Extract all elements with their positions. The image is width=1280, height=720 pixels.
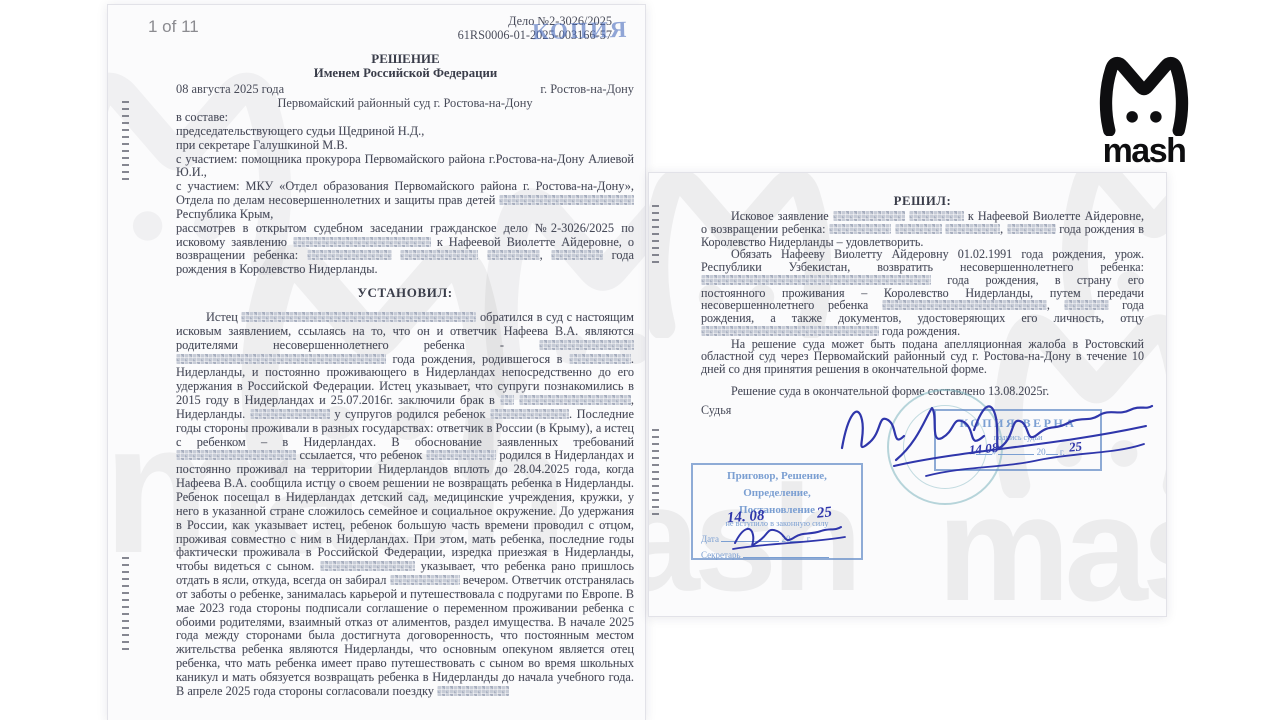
redacted-text bbox=[307, 250, 392, 260]
section-heading-reshil: РЕШИЛ: bbox=[701, 194, 1144, 209]
decision-place: г. Ростов-на-Дону bbox=[540, 82, 634, 97]
handwritten-date: 14 08 bbox=[968, 440, 999, 458]
judge-signature bbox=[834, 386, 1164, 486]
redacted-text bbox=[437, 686, 509, 696]
redacted-text bbox=[895, 224, 942, 234]
redacted-text bbox=[833, 211, 905, 221]
redacted-text bbox=[551, 250, 603, 260]
redacted-text bbox=[500, 395, 514, 405]
redacted-text bbox=[701, 326, 879, 336]
redacted-text bbox=[490, 409, 569, 419]
court-name: Первомайский районный суд г. Ростова-на-… bbox=[176, 96, 634, 111]
document-viewer: mash 1 of 11 Дело №2-3026/2025 61RS0006-… bbox=[0, 0, 1280, 720]
page-indicator: 1 of 11 bbox=[148, 17, 199, 37]
document-subtitle: Именем Российской Федерации bbox=[176, 66, 635, 81]
intro-paragraphs: в составе:председательствующего судьи Ще… bbox=[176, 111, 634, 277]
redacted-text bbox=[519, 395, 631, 405]
handwritten-year: 25 bbox=[816, 504, 833, 522]
mash-logo: mash bbox=[1090, 52, 1198, 166]
stamp-line: Постановление bbox=[693, 504, 861, 516]
document-page-1: mash 1 of 11 Дело №2-3026/2025 61RS0006-… bbox=[107, 4, 646, 720]
redacted-text bbox=[1007, 224, 1056, 234]
section-heading-ustanovil: УСТАНОВИЛ: bbox=[176, 285, 634, 301]
date-place-line: 08 августа 2025 года г. Ростов-на-Дону bbox=[176, 82, 634, 97]
redacted-text bbox=[293, 237, 431, 247]
copy-stamp-text: КОПИЯ bbox=[531, 23, 628, 39]
redacted-text bbox=[829, 224, 891, 234]
binding-marks bbox=[652, 429, 659, 517]
mash-logo-icon bbox=[1094, 52, 1194, 136]
redacted-text bbox=[250, 409, 330, 419]
redacted-text bbox=[539, 340, 634, 350]
judge-label: Судья bbox=[701, 403, 731, 418]
redacted-text bbox=[569, 354, 631, 364]
handwritten-date: 14. 08 bbox=[726, 508, 765, 528]
decision-date: 08 августа 2025 года bbox=[176, 82, 284, 97]
redacted-text bbox=[320, 561, 415, 571]
redacted-text bbox=[390, 575, 460, 585]
redacted-text bbox=[241, 312, 476, 322]
binding-marks bbox=[122, 557, 129, 653]
case-header: Дело №2-3026/2025 61RS0006-01-2025-00316… bbox=[458, 15, 612, 42]
document-title: РЕШЕНИЕ bbox=[176, 52, 635, 66]
redacted-text bbox=[882, 300, 1047, 310]
redacted-text bbox=[945, 224, 1000, 234]
binding-marks bbox=[122, 101, 129, 181]
redacted-text bbox=[701, 275, 931, 285]
stamp-line: Определение, bbox=[693, 487, 861, 499]
redacted-text bbox=[426, 450, 496, 460]
redacted-text bbox=[487, 250, 540, 260]
redacted-text bbox=[176, 450, 296, 460]
redacted-text bbox=[909, 211, 964, 221]
binding-marks bbox=[652, 205, 659, 267]
mash-logo-wordmark: mash bbox=[1090, 136, 1198, 166]
redacted-text bbox=[1064, 300, 1109, 310]
document-page-2: mash mash РЕШИЛ: Исковое заявление к Наф… bbox=[648, 172, 1167, 617]
redacted-text bbox=[176, 354, 386, 364]
body-paragraphs: Истец обратился в суд с настоящим исковы… bbox=[176, 311, 634, 699]
handwritten-year: 25 bbox=[1068, 438, 1083, 455]
redacted-text bbox=[499, 195, 634, 205]
redacted-text bbox=[400, 250, 478, 260]
decision-paragraphs: Исковое заявление к Нафеевой Виолетте Ай… bbox=[701, 210, 1144, 398]
